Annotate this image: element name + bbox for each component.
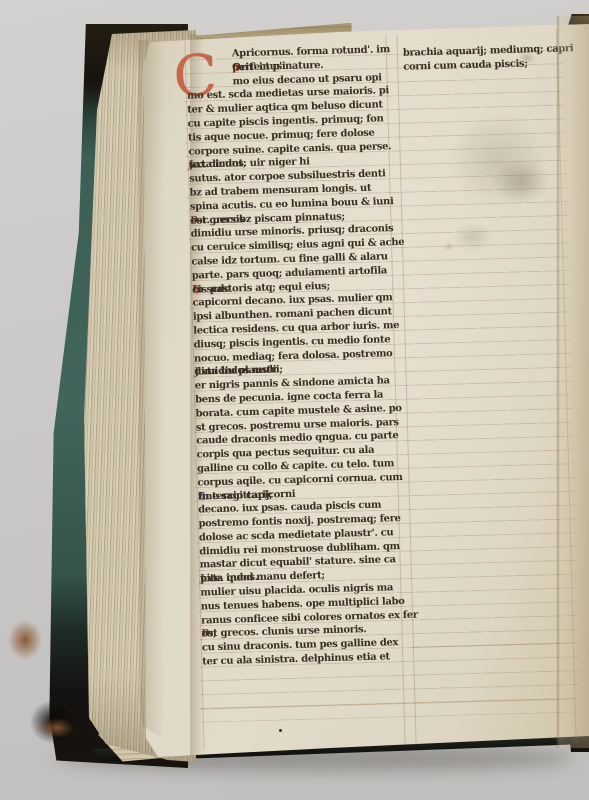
manuscript-photo: C Apricornus. forma rotund'. imperfectus… (0, 0, 589, 800)
text-column-left: Apricornus. forma rotund'. imperfectus n… (186, 43, 409, 669)
stain (443, 242, 454, 251)
adjacent-leaf-edge (556, 16, 589, 748)
text-segment: Orit' in p'i (232, 60, 286, 75)
stain (518, 52, 536, 64)
stain (492, 158, 550, 204)
text-segment: In scdo (192, 282, 231, 297)
cover-wear-patch (40, 718, 74, 738)
cover-wear-patch (8, 620, 42, 660)
ink-speck (279, 729, 282, 732)
text-column-right: brachia aquarij; mediumq; capricorni cum… (403, 42, 576, 74)
text-segment: ost grecos (190, 213, 244, 228)
stain (452, 222, 494, 252)
